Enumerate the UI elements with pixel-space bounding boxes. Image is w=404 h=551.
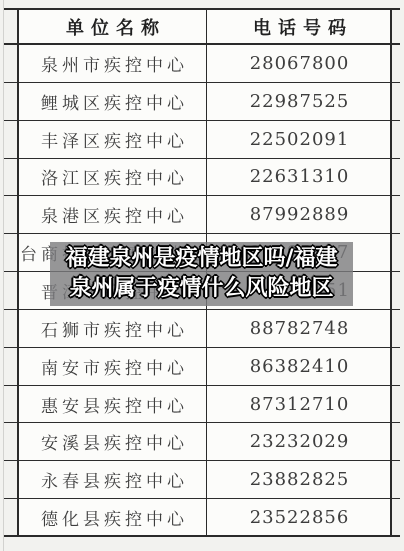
- unit-name: 丰泽区疾控中心: [37, 127, 188, 152]
- table-left-border: [17, 8, 19, 537]
- table-row: 德化县疾控中心 23522856: [4, 499, 400, 537]
- caption-line-2: 泉州属于疫情什么风险地区: [69, 274, 333, 304]
- phone-number: 22987525: [250, 91, 350, 112]
- phone-number-cell: 22631310: [207, 159, 392, 196]
- unit-name-cell: 泉港区疾控中心: [18, 196, 207, 233]
- unit-name: 安溪县疾控中心: [37, 429, 188, 454]
- unit-name-cell: 丰泽区疾控中心: [18, 121, 207, 158]
- unit-name-cell: 永春县疾控中心: [18, 461, 207, 498]
- phone-number: 88782748: [250, 318, 350, 339]
- unit-name-cell: 南安市疾控中心: [18, 348, 207, 385]
- unit-name: 泉港区疾控中心: [37, 202, 188, 227]
- table-row: 鲤城区疾控中心 22987525: [4, 83, 400, 121]
- phone-number: 23232029: [250, 431, 350, 452]
- phone-number-cell: 87992889: [207, 196, 392, 233]
- phone-number-cell: 22502091: [207, 121, 392, 158]
- unit-name: 鲤城区疾控中心: [37, 89, 188, 114]
- table-row: 永春县疾控中心 23882825: [4, 461, 400, 499]
- table-right-border: [390, 8, 392, 537]
- phone-number-cell: 86382410: [207, 348, 392, 385]
- phone-number: 22502091: [250, 129, 350, 150]
- phone-number: 23522856: [250, 507, 350, 528]
- unit-name-cell: 泉州市疾控中心: [18, 45, 207, 82]
- phone-number: 87312710: [250, 394, 350, 415]
- header-phone-number: 电话号码: [246, 14, 353, 40]
- table-row: 南安市疾控中心 86382410: [4, 348, 400, 386]
- phone-number-cell: 23882825: [207, 461, 392, 498]
- header-unit-name-cell: 单位名称: [18, 10, 207, 43]
- phone-number-cell: 22987525: [207, 83, 392, 120]
- phone-number-cell: 87312710: [207, 386, 392, 423]
- table-row: 泉州市疾控中心 28067800: [4, 45, 400, 83]
- unit-name: 泉州市疾控中心: [37, 51, 188, 76]
- header-unit-name: 单位名称: [59, 14, 166, 40]
- phone-number-cell: 28067800: [207, 45, 392, 82]
- phone-number: 28067800: [250, 53, 350, 74]
- header-phone-number-cell: 电话号码: [207, 10, 392, 43]
- table-header-row: 单位名称 电话号码: [4, 8, 400, 45]
- unit-name: 石狮市疾控中心: [37, 316, 188, 341]
- unit-name: 南安市疾控中心: [37, 354, 188, 379]
- phone-number: 87992889: [250, 204, 350, 225]
- unit-name: 洛江区疾控中心: [37, 164, 188, 189]
- phone-number-cell: 88782748: [207, 310, 392, 347]
- unit-name-cell: 安溪县疾控中心: [18, 423, 207, 460]
- phone-number-cell: 23232029: [207, 423, 392, 460]
- table-row: 惠安县疾控中心 87312710: [4, 386, 400, 424]
- caption-line-1: 福建泉州是疫情地区吗/福建: [65, 244, 337, 274]
- unit-name: 德化县疾控中心: [37, 505, 188, 530]
- screenshot-root: 单位名称 电话号码 泉州市疾控中心 28067800 鲤城区疾控中心 22987…: [0, 0, 404, 551]
- table-row: 泉港区疾控中心 87992889: [4, 196, 400, 234]
- table-row: 洛江区疾控中心 22631310: [4, 159, 400, 197]
- unit-name-cell: 洛江区疾控中心: [18, 159, 207, 196]
- unit-name: 永春县疾控中心: [37, 467, 188, 492]
- caption-overlay: 福建泉州是疫情地区吗/福建 泉州属于疫情什么风险地区: [50, 242, 353, 306]
- phone-number: 86382410: [250, 356, 350, 377]
- unit-name-cell: 石狮市疾控中心: [18, 310, 207, 347]
- table-row: 丰泽区疾控中心 22502091: [4, 121, 400, 159]
- unit-name: 惠安县疾控中心: [37, 392, 188, 417]
- unit-name-cell: 德化县疾控中心: [18, 499, 207, 535]
- unit-name-cell: 鲤城区疾控中心: [18, 83, 207, 120]
- table-row: 石狮市疾控中心 88782748: [4, 310, 400, 348]
- unit-name-cell: 惠安县疾控中心: [18, 386, 207, 423]
- phone-number: 23882825: [250, 469, 350, 490]
- phone-number: 22631310: [250, 166, 350, 187]
- table-row: 安溪县疾控中心 23232029: [4, 423, 400, 461]
- phone-number-cell: 23522856: [207, 499, 392, 535]
